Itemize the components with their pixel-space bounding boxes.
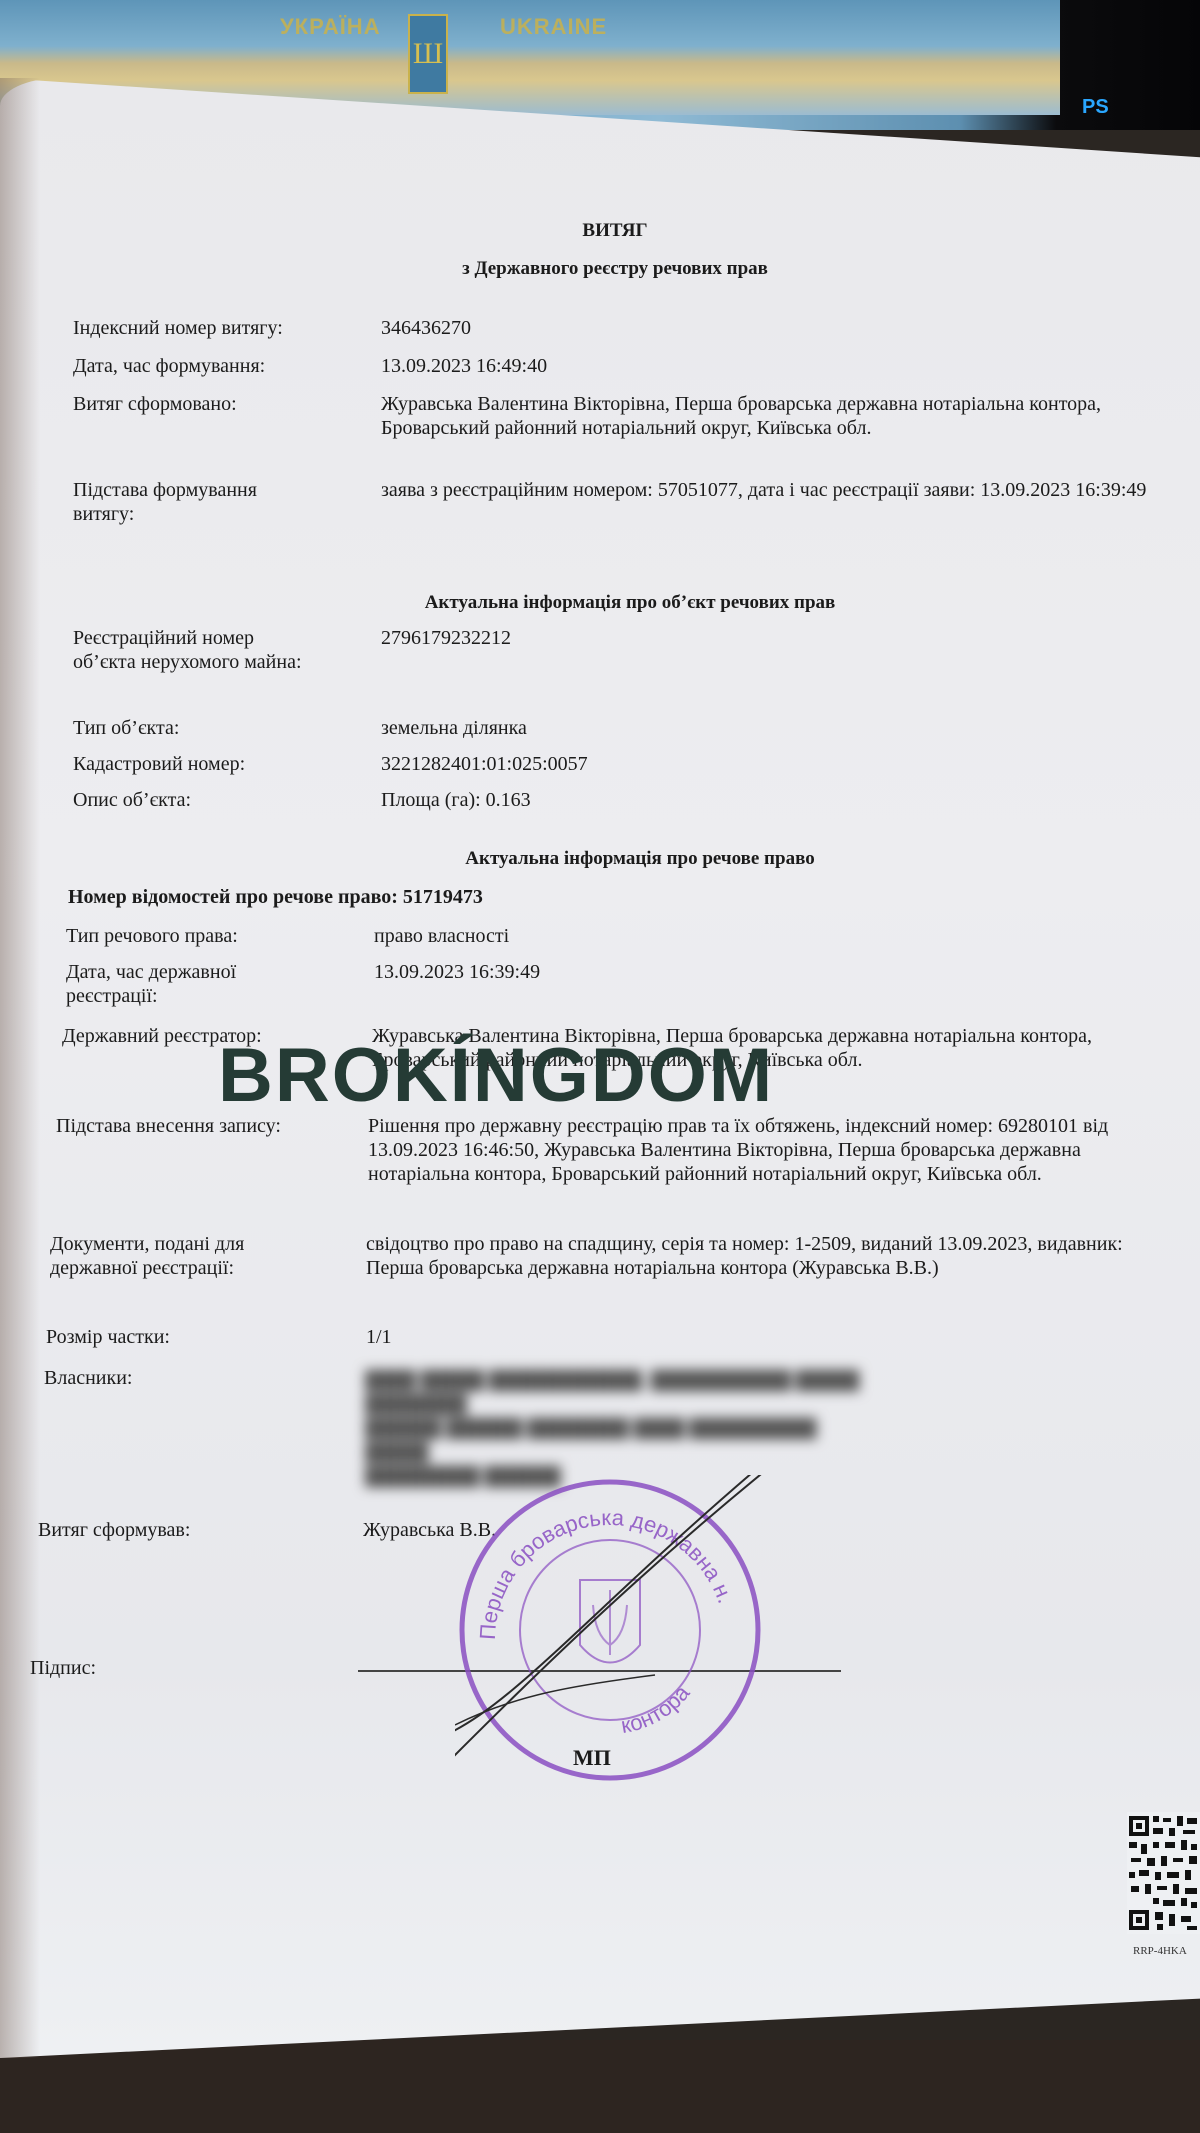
field-label: Кадастровий номер: — [73, 752, 343, 776]
field-label: Індексний номер витягу: — [73, 316, 343, 340]
field-value: свідоцтво про право на спадщину, серія т… — [366, 1232, 1166, 1280]
field-value: право власності — [374, 924, 509, 948]
qr-caption: RRP-4HKA — [1133, 1945, 1187, 1957]
field-value: 13.09.2023 16:49:40 — [381, 354, 547, 378]
trident-icon: Ш — [408, 14, 448, 94]
field-value: 1/1 — [366, 1325, 392, 1349]
field-value: заява з реєстраційним номером: 57051077,… — [381, 478, 1200, 502]
field-label: Реєстраційний номер об’єкта нерухомого м… — [73, 626, 303, 674]
field-label: Власники: — [44, 1366, 314, 1390]
qr-code-icon[interactable] — [1125, 1812, 1200, 1942]
section-heading-object: Актуальна інформація про об’єкт речових … — [30, 592, 1200, 614]
field-value: 3221282401:01:025:0057 — [381, 752, 588, 776]
field-label: Опис об’єкта: — [73, 788, 343, 812]
svg-text:МП: МП — [573, 1745, 611, 1770]
field-label: Розмір частки: — [46, 1325, 316, 1349]
field-label: Витяг сформовано: — [73, 392, 343, 416]
passport-label-ua: УКРАЇНА — [280, 14, 381, 40]
svg-text:контора: контора — [619, 1680, 695, 1738]
field-label: Документи, подані для державної реєстрац… — [50, 1232, 330, 1280]
paper-shadow — [0, 78, 40, 2058]
field-value: Площа (га): 0.163 — [381, 788, 531, 812]
field-value: 2796179232212 — [381, 626, 511, 650]
field-label: Витяг сформував: — [38, 1518, 308, 1542]
field-value: Рішення про державну реєстрацію прав та … — [368, 1114, 1168, 1186]
field-label: Підстава формування витягу: — [73, 478, 303, 526]
document-subtitle: з Державного реєстру речових прав — [0, 258, 1200, 280]
record-number-line: Номер відомостей про речове право: 51719… — [68, 886, 483, 909]
field-label: Тип об’єкта: — [73, 716, 343, 740]
field-value: земельна ділянка — [381, 716, 527, 740]
section-heading-right: Актуальна інформація про речове право — [40, 848, 1200, 870]
field-value: 13.09.2023 16:39:49 — [374, 960, 540, 984]
owners-redacted: ████ █████ ████████████, ███████████ ███… — [365, 1368, 865, 1444]
field-label: Дата, час формування: — [73, 354, 343, 378]
brand-watermark: BROKÍNGDOM — [218, 1036, 774, 1116]
field-label: Тип речового права: — [66, 924, 336, 948]
field-value: 346436270 — [381, 316, 471, 340]
notary-stamp-icon: Перша броварська державна н. контора МП — [455, 1475, 765, 1785]
background-desk-bottom — [0, 2040, 1200, 2133]
field-value: Журавська Валентина Вікторівна, Перша бр… — [381, 392, 1141, 440]
ps-logo: PS — [1082, 96, 1109, 119]
field-label: Дата, час державної реєстрації: — [66, 960, 296, 1008]
document-title: ВИТЯГ — [0, 220, 1200, 242]
passport-label-en: UKRAINE — [500, 14, 607, 40]
